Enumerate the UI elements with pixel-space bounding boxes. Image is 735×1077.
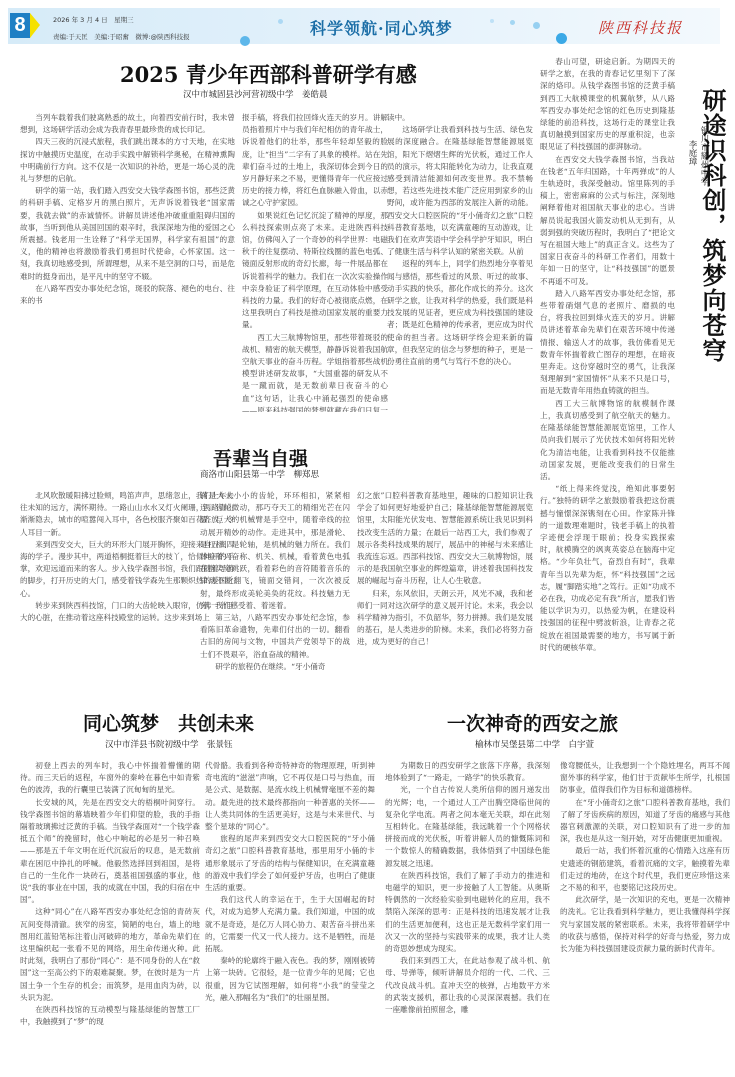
decor-dot-icon [556,33,567,44]
article-column: 读中。 这场研学让我看到科技与生活、绿色发展的深度融合。在隆基绿能智慧能源展览馆… [387,112,533,412]
masthead: 8 2026 年 3 月 4 日 星期三 责编:于天匡 美编:于昭奮 微博:@陕… [8,8,720,44]
decor-dot-icon [510,20,515,25]
paragraph: 踏入八路军西安办事处纪念馆，那些带着硝烟气息的老照片、磨损的电台，将我拉回到烽火… [540,288,675,398]
paragraph: 旅程的尾声来到西安交大口腔医院的“牙小俑奇幻之旅”口腔科普教育基地，那里用牙小俑… [205,833,375,894]
article-title: 一次神奇的西安之旅 [447,709,618,736]
paragraph: 西工大三航博物馆里，那些带着斑驳的战机、精密的航天模型，静静诉说着我国航空航天事… [242,332,388,412]
paragraph: 满是大大小小的齿轮，环环相扣，紧紧相连。齿轮微动，那巧夺天工的精细光芒在闪耀。巨… [200,490,350,612]
article-title: 吾辈当自强 [213,444,308,471]
paragraph: 在陕西科技馆的互动模型与隆基绿能的智慧工厂中，我触摸到了“梦”的现 [20,1004,200,1028]
article-column: 代骨骼。我看到各种奇特神奇的物理原理，听到神奇电流的“滋滋”声响，它不再仅是口号… [205,760,375,1060]
paragraph: 在陕西科技馆，我们了解了手动力的推进和电磁学的知识，更一步接触了人工智能。从奥斯… [385,870,550,955]
paragraph: 这种“同心”在八路军西安办事处纪念馆的青砖灰瓦间变得清澈。狭窄的房室，简陋的电台… [20,906,200,1004]
article-column: 春山可望，研途启新。为期四天的研学之旅，在我的青春记忆里刻下了深深的烙印。从钱学… [540,56,675,680]
newspaper-logo: 陕西科技报 [598,17,683,38]
issue-date: 2026 年 3 月 4 日 星期三 [53,15,134,24]
article-byline: 商洛市山阳县第一中学 柳郑思 [200,468,319,480]
article-column: 报手稿，将我们拉回烽火连天的岁月。讲解员指着照片中与我们年纪相仿的青年战士，诉说… [242,112,388,412]
article-column: 像弯腰低头，让我想到一个个隐姓埋名，两耳不闻窗外事的科学家，他们甘于贡献毕生所学… [560,760,730,1060]
paragraph: 为期数日的西安研学之旅落下序幕，我深刻地体验到了“一路走，一路学”的快乐教育。 [385,760,550,784]
paragraph: 西工大三航博物馆的航模制作课上，我真切感受到了航空航天的魅力。在隆基绿能智慧能源… [540,398,675,483]
paragraph: 长安城的风，先是在西安交大的梧桐叶间穿行。钱学森图书馆的幕墙映着少年们仰望的脸，… [20,797,200,907]
paragraph: 在西安交大钱学森图书馆，当我站在钱老“五年归国路，十年两弹成”的人生轨迹时，我深… [540,154,675,288]
paragraph: 我们这代人的幸运在于，生于大国崛起的时代，对成为追梦人充满力量。我们知道，中国的… [205,894,375,955]
article-title: 同心筑梦 共创未来 [83,709,254,736]
article-column: 满是大大小小的齿轮，环环相扣，紧紧相连。齿轮微动，那巧夺天工的精细光芒在闪耀。巨… [200,490,350,680]
paragraph: 幻之旅”口腔科普教育基地里，趣味的口腔知识让我学会了如何更好地爱护自己；隆基绿能… [357,490,533,588]
paragraph: 归来，东风依旧，天朗云开，风光不减，我和老师们一同对这次研学的意义展开讨论。未来… [357,588,533,649]
paragraph: 研学的旅程仍在继续。“牙小俑奇 [200,661,350,673]
paragraph: 光，一个自古传说人类所信仰的圆月递发出的光辉；电，一个通过人工产出腾空降临世间的… [385,784,550,869]
editors-line: 责编:于天匡 美编:于昭奮 微博:@陕西科技报 [53,32,190,41]
paragraph: 在“牙小俑奇幻之旅”口腔科普教育基地，我们了解了牙齿疾病的原因，知道了牙齿的痛感… [560,797,730,846]
paragraph: 如果说红色记忆沉淀了精神的厚度，那么科技探索则点亮了未来。走进陕西科技馆，仿佛闯… [242,210,388,332]
paragraph: 最后一站，我们怀着沉重的心情踏入这座有历史遗迹的钢筋建筑，看着沉痛的文字，触摸着… [560,845,730,894]
page-arrow-icon [30,13,40,38]
paragraph: 四天三夜的沉浸式旅程，我们跳出课本的方寸天地，在实地探访中触摸历史温度，在动手实… [20,136,235,185]
paragraph: 报手稿，将我们拉回烽火连天的岁月。讲解员指着照片中与我们年纪相仿的青年战士，诉说… [242,112,388,210]
article-byline: 榆林市吴堡县第二中学 白宇萱 [475,738,594,750]
paragraph: 这场研学让我看到科技与生活、绿色发展的深度融合。在隆基绿能智慧能源展览馆，阳光下… [387,124,533,258]
paragraph: 代骨骼。我看到各种奇特神奇的物理原理，听到神奇电流的“滋滋”声响，它不再仅是口号… [205,760,375,833]
paragraph: 读中。 [387,112,533,124]
paragraph: 返程的列车上，同学们热烈地分享着见闻与感悟，那些看过的风景、听过的故事、动手实践… [387,258,533,368]
article-title: 研途识科创，筑梦向苍穹 [700,88,730,363]
paragraph: 我们来到西工大，在此站参观了战斗机、航母、导弹等，倾听讲解员介绍的一代、二代、三… [385,955,550,1016]
page-number: 8 [10,13,30,38]
article-title: 2025 青少年西部科普研学有感 [120,59,417,89]
paragraph: “纸上得来终觉浅，绝知此事要躬行。”独特的研学之旅鼓励着我把这份震撼与憧憬深深镌… [540,483,675,654]
paragraph: 像弯腰低头，让我想到一个个隐姓埋名，两耳不闻窗外事的科学家，他们甘于贡献毕生所学… [560,760,730,797]
paragraph: 初登上西去的列车时，我心中怀揣着懵懂的期待。而三天后的返程，车窗外的秦岭在暮色中… [20,760,200,797]
decor-dot-icon [240,36,250,46]
decor-dot-icon [533,22,540,29]
paragraph: 此次研学，是一次知识的充电，更是一次精神的洗礼。它让我看到科学魅力，更让我懂得科… [560,894,730,955]
article-byline: 汉中市城固县沙河营初级中学 姜皓晨 [183,88,328,100]
article-column: 为期数日的西安研学之旅落下序幕，我深刻地体验到了“一路走，一路学”的快乐教育。 … [385,760,550,1060]
article-column: 当列车载着我们驶离熟悉的故土，向着西安前行时，我未曾想到，这场研学活动会成为我青… [20,112,235,412]
paragraph: 秦岭的轮廓终于融入夜色。我的梦，刚刚被铸上第一块砖。它很轻，是一位青少年的见闻；… [205,955,375,1004]
paragraph: 当列车载着我们驶离熟悉的故土，向着西安前行时，我未曾想到，这场研学活动会成为我青… [20,112,235,136]
article-column: 初登上西去的列车时，我心中怀揣着懵懂的期待。而三天后的返程，车窗外的秦岭在暮色中… [20,760,200,1060]
article-byline: 汉中市洋县书院初级中学 张景钰 [105,738,233,750]
section-slogan: 科学领航·同心筑梦 [310,16,453,39]
decor-dot-icon [278,19,283,24]
decor-dot-icon [490,19,494,23]
paragraph: 第三站，八路军西安办事处纪念馆，参看陈旧革命遗物，先辈们付出的一切。翻看古旧的房… [200,612,350,661]
paragraph: 研学的第一站，我们踏入西安交大钱学森图书馆，那些泛黄的科研手稿、定格岁月的黑白照… [20,185,235,283]
paragraph: 春山可望，研途启新。为期四天的研学之旅，在我的青春记忆里刻下了深深的烙印。从钱学… [540,56,675,154]
paragraph: 在八路军西安办事处纪念馆，斑驳的院落、褪色的电台、往来的书 [20,283,235,307]
article-column: 幻之旅”口腔科普教育基地里，趣味的口腔知识让我学会了如何更好地爱护自己；隆基绿能… [357,490,533,680]
